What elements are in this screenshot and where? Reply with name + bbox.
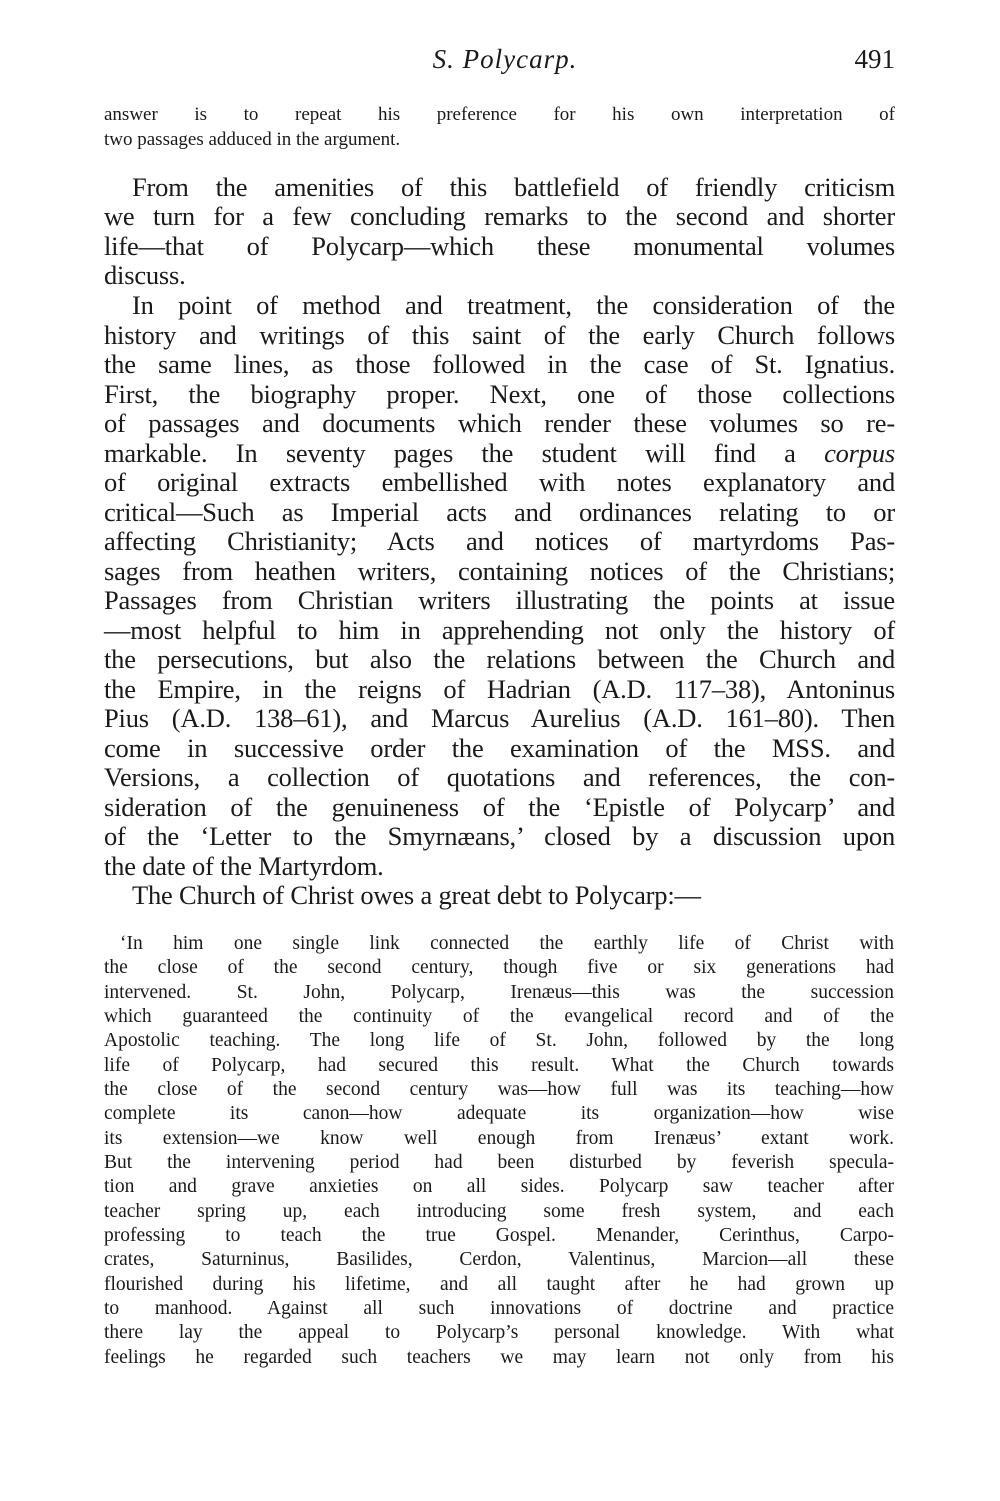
quote-line: tion and grave anxieties on all sides. P… [104, 1175, 894, 1198]
italic-term: corpus [824, 438, 895, 468]
quote-line: to manhood. Against all such innovations… [104, 1297, 894, 1320]
quote-line: life of Polycarp, had secured this resul… [104, 1054, 894, 1077]
quote-line: professing to teach the true Gospel. Men… [104, 1224, 894, 1247]
text-line: the date of the Martyrdom. [104, 851, 895, 881]
text-span: markable. In seventy pages the student w… [104, 438, 796, 468]
text-line: Versions, a collection of quotations and… [104, 762, 895, 792]
text-line: First, the biography proper. Next, one o… [104, 379, 895, 409]
text-line: come in successive order the examination… [104, 733, 895, 763]
running-head: S. Polycarp. 491 [0, 44, 1000, 84]
quote-line: feelings he regarded such teachers we ma… [104, 1346, 894, 1369]
text-line: The Church of Christ owes a great debt t… [132, 880, 895, 910]
page-number: 491 [855, 44, 896, 75]
quote-line: there lay the appeal to Polycarp’s perso… [104, 1321, 894, 1344]
quote-line: But the intervening period had been dist… [104, 1151, 894, 1174]
text-line: the persecutions, but also the relations… [104, 644, 895, 674]
text-line: discuss. [104, 260, 895, 290]
quote-line: teacher spring up, each introducing some… [104, 1200, 894, 1223]
text-line: two passages adduced in the argument. [104, 129, 895, 151]
text-line: answer is to repeat his preference for h… [104, 104, 895, 126]
quote-line: Apostolic teaching. The long life of St.… [104, 1029, 894, 1052]
quote-line: intervened. St. John, Polycarp, Irenæus—… [104, 981, 894, 1004]
text-line: sideration of the genuineness of the ‘Ep… [104, 792, 895, 822]
text-line: —most helpful to him in apprehending not… [104, 615, 895, 645]
text-line: of passages and documents which render t… [104, 408, 895, 438]
text-line: Pius (A.D. 138–61), and Marcus Aurelius … [104, 703, 895, 733]
text-line: the same lines, as those followed in the… [104, 349, 895, 379]
text-line: life—that of Polycarp—which these monume… [104, 231, 895, 261]
text-line: of original extracts embellished with no… [104, 467, 895, 497]
text-line: sages from heathen writers, containing n… [104, 556, 895, 586]
text-line: history and writings of this saint of th… [104, 320, 895, 350]
text-line: In point of method and treatment, the co… [132, 290, 895, 320]
quote-line: its extension—we know well enough from I… [104, 1127, 894, 1150]
quote-line: ‘In him one single link connected the ea… [120, 932, 894, 955]
text-line: markable. In seventy pages the student w… [104, 438, 895, 468]
quote-line: which guaranteed the continuity of the e… [104, 1005, 894, 1028]
quote-line: the close of the second century was—how … [104, 1078, 894, 1101]
quote-line: the close of the second century, though … [104, 956, 894, 979]
quote-line: complete its canon—how adequate its orga… [104, 1102, 894, 1125]
text-line: of the ‘Letter to the Smyrnæans,’ closed… [104, 821, 895, 851]
text-line: Passages from Christian writers illustra… [104, 585, 895, 615]
text-line: we turn for a few concluding remarks to … [104, 201, 895, 231]
text-line: affecting Christianity; Acts and notices… [104, 526, 895, 556]
quote-line: flourished during his lifetime, and all … [104, 1273, 894, 1296]
quote-line: crates, Saturninus, Basilides, Cerdon, V… [104, 1248, 894, 1271]
book-page: S. Polycarp. 491 answer is to repeat his… [0, 0, 1000, 1501]
text-line: critical—Such as Imperial acts and ordin… [104, 497, 895, 527]
running-title: S. Polycarp. [420, 44, 590, 75]
text-line: the Empire, in the reigns of Hadrian (A.… [104, 674, 895, 704]
text-line: From the amenities of this battlefield o… [132, 172, 895, 202]
